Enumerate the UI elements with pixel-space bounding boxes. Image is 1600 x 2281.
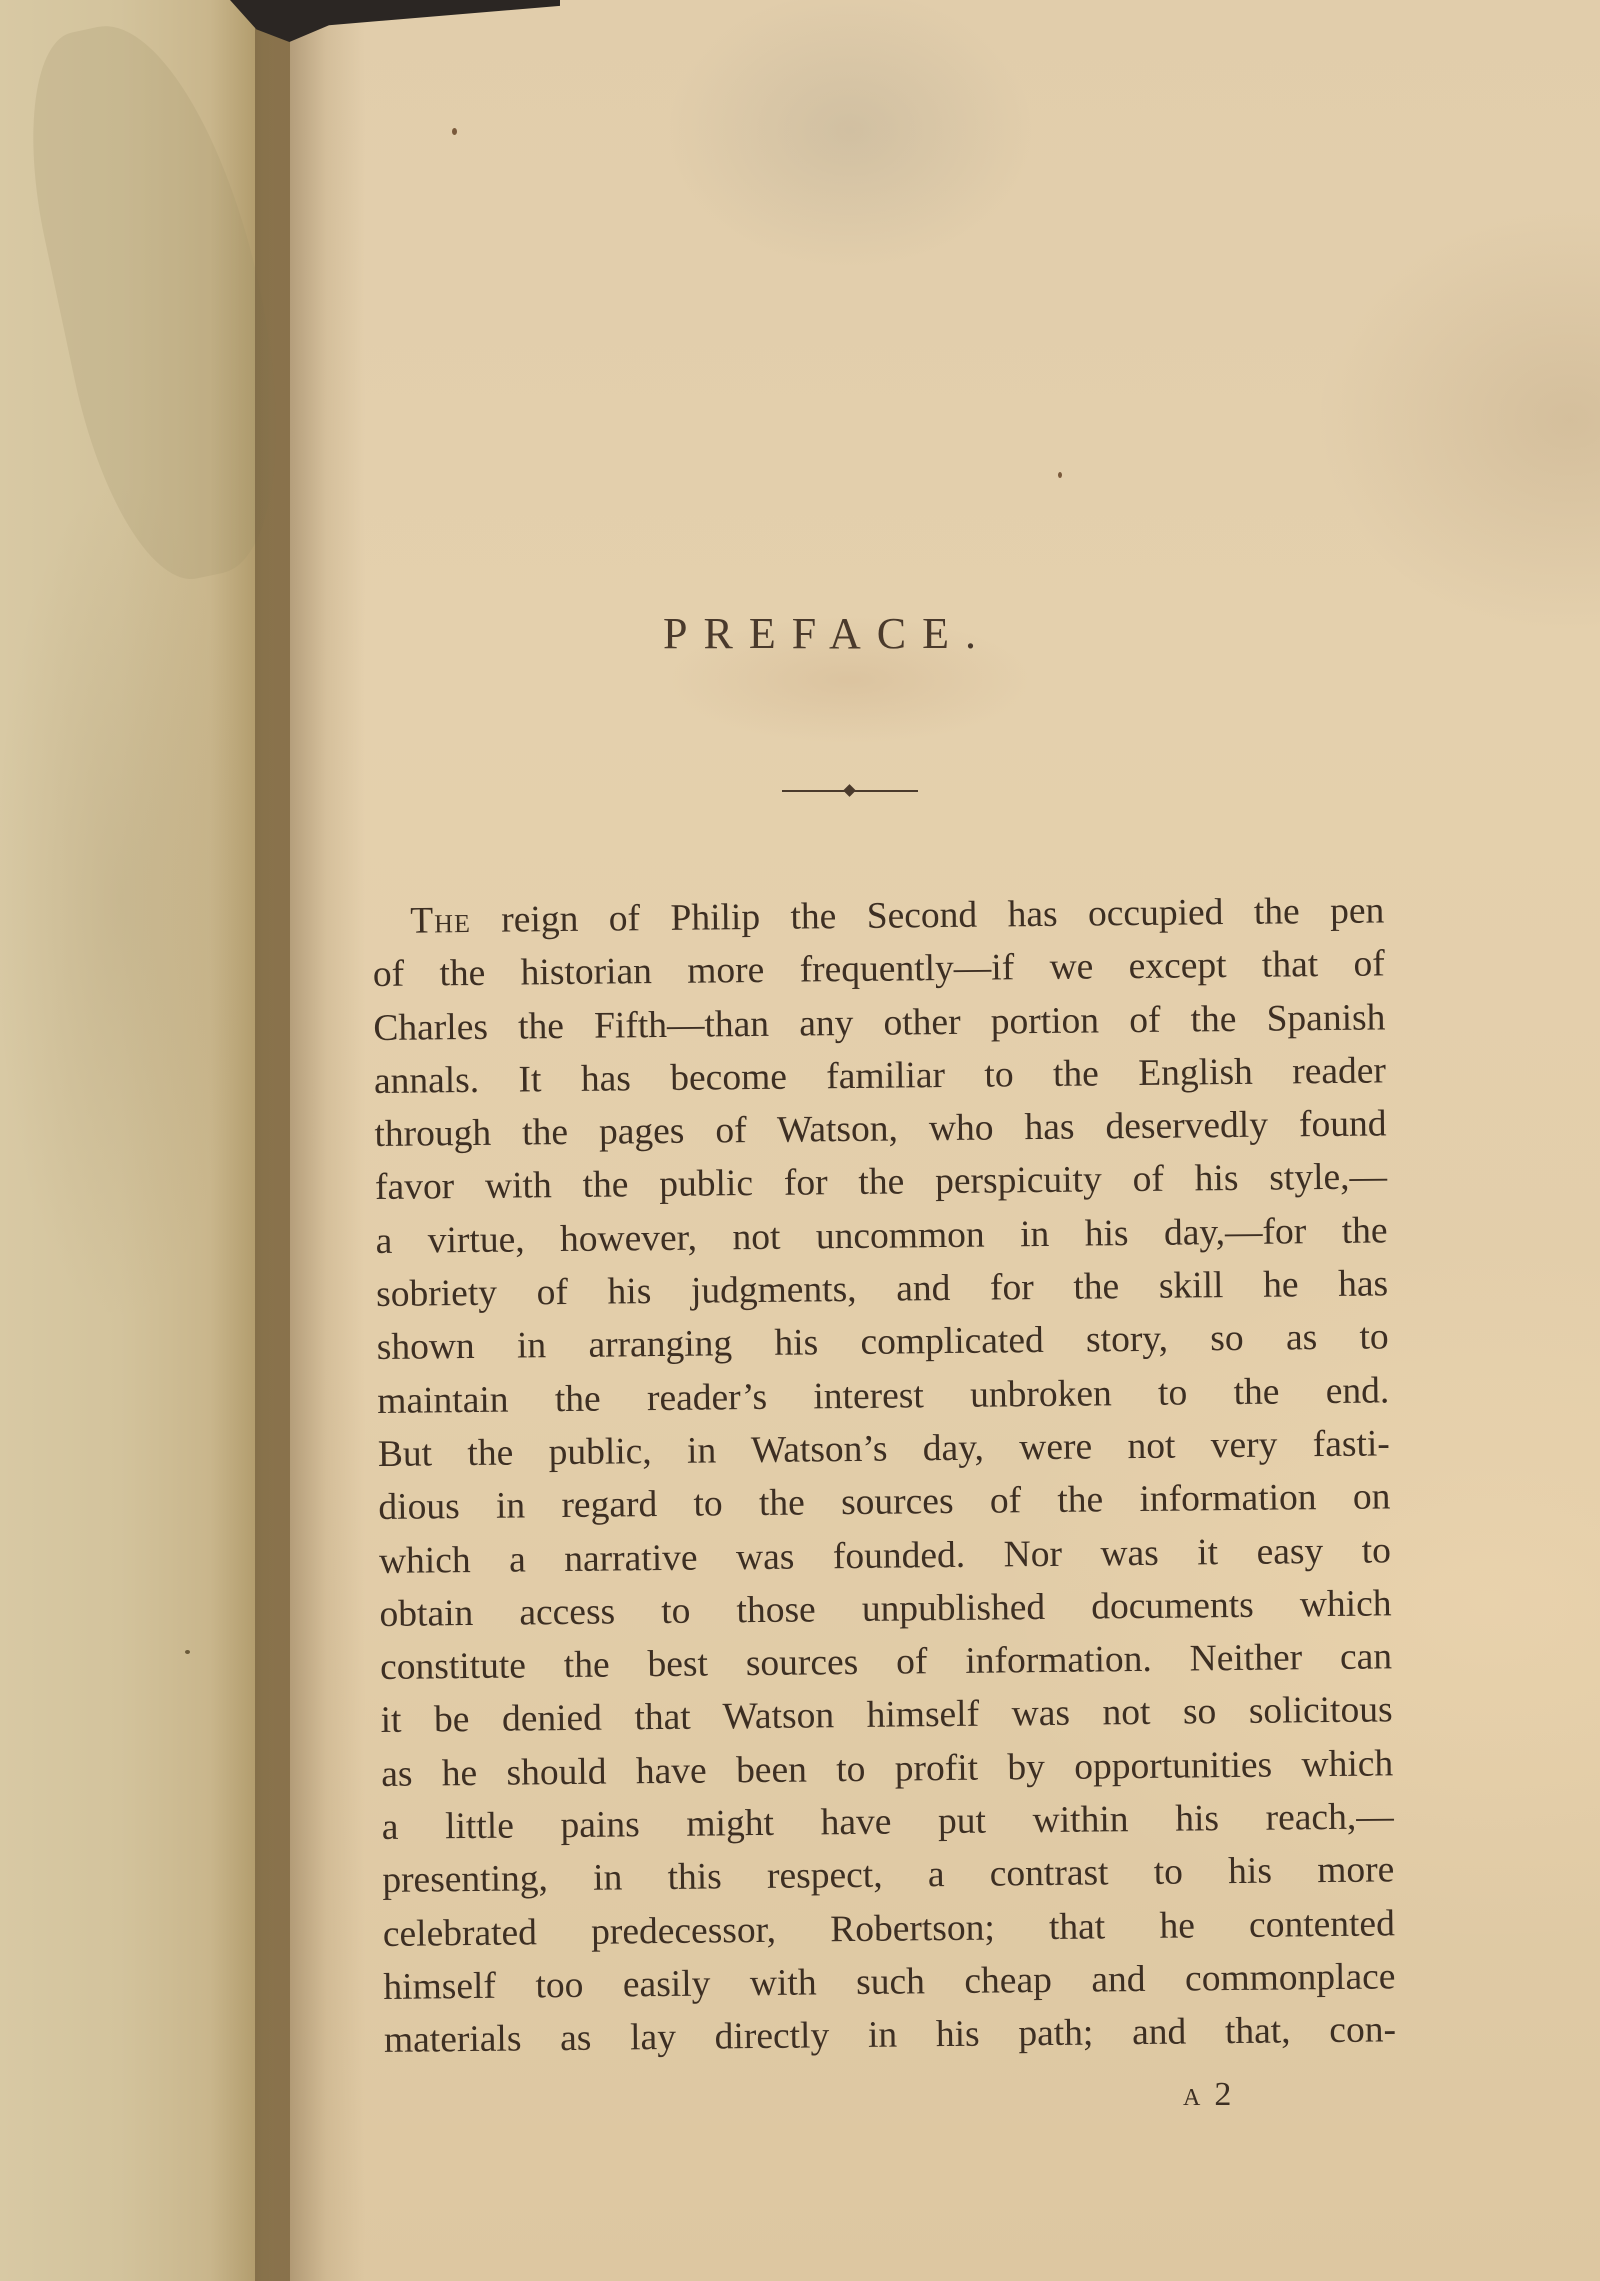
- foxing-speck: [185, 1650, 190, 1654]
- foxing-speck: [452, 128, 457, 135]
- signature-letter: A: [1183, 2085, 1202, 2111]
- book-gutter-shadow: [255, 0, 365, 2281]
- opening-word-smallcaps: The: [410, 900, 471, 942]
- signature-number: 2: [1214, 2076, 1233, 2113]
- printer-signature-mark: A2: [1183, 2076, 1233, 2114]
- text-line: materials as lay directly in his path; a…: [384, 2004, 1397, 2068]
- page-title: PREFACE.: [0, 608, 1600, 659]
- foxing-speck: [1058, 472, 1062, 478]
- preface-body-text: The reign of Philip the Second has occup…: [372, 884, 1396, 2067]
